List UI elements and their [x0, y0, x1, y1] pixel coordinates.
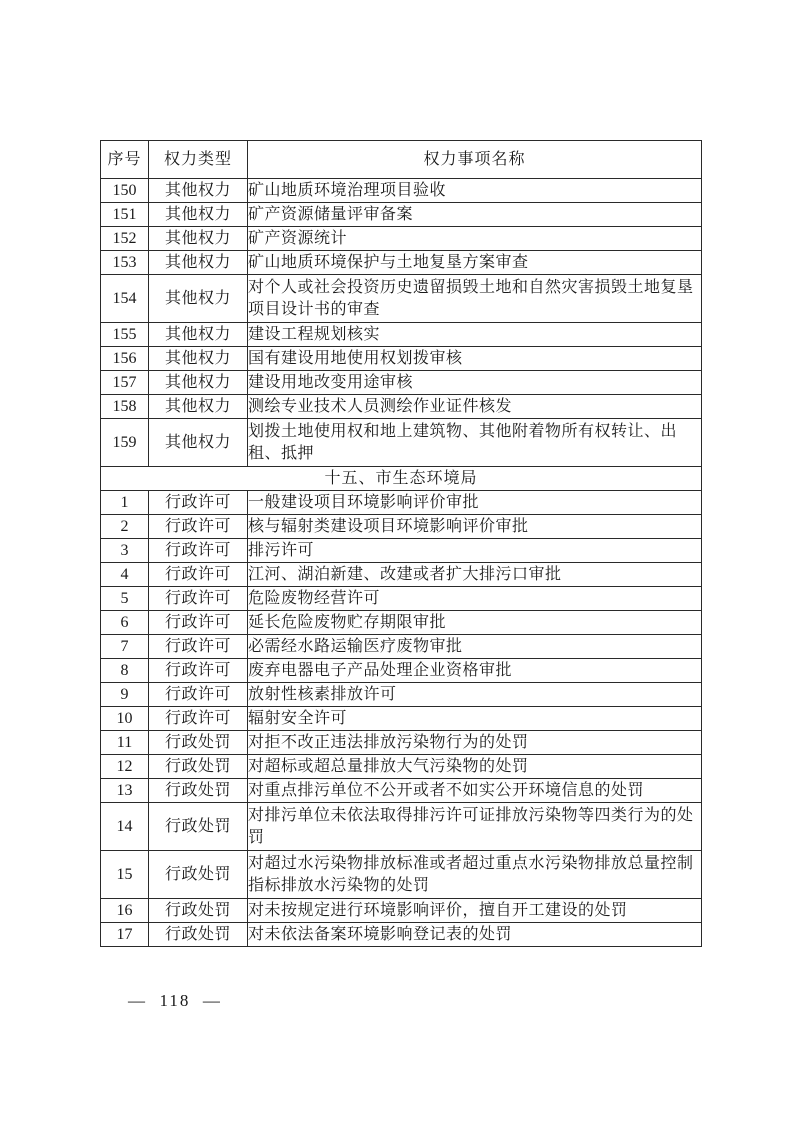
cell-power-item-name: 对未依法备案环境影响登记表的处罚: [248, 923, 702, 947]
cell-serial-number: 3: [101, 539, 149, 563]
cell-serial-number: 15: [101, 851, 149, 899]
table-row: 150其他权力矿山地质环境治理项目验收: [101, 179, 702, 203]
cell-serial-number: 4: [101, 563, 149, 587]
cell-serial-number: 158: [101, 395, 149, 419]
section-title: 十五、市生态环境局: [101, 467, 702, 491]
table-row: 15行政处罚对超过水污染物排放标准或者超过重点水污染物排放总量控制指标排放水污染…: [101, 851, 702, 899]
cell-power-type: 其他权力: [149, 179, 248, 203]
cell-power-item-name: 必需经水路运输医疗废物审批: [248, 635, 702, 659]
cell-power-item-name: 危险废物经营许可: [248, 587, 702, 611]
cell-serial-number: 156: [101, 347, 149, 371]
table-row: 1行政许可一般建设项目环境影响评价审批: [101, 491, 702, 515]
cell-power-type: 行政许可: [149, 563, 248, 587]
cell-power-type: 其他权力: [149, 371, 248, 395]
table-row: 8行政许可废弃电器电子产品处理企业资格审批: [101, 659, 702, 683]
table-row: 159其他权力划拨土地使用权和地上建筑物、其他附着物所有权转让、出租、抵押: [101, 419, 702, 467]
cell-power-item-name: 江河、湖泊新建、改建或者扩大排污口审批: [248, 563, 702, 587]
cell-serial-number: 152: [101, 227, 149, 251]
cell-power-item-name: 对超过水污染物排放标准或者超过重点水污染物排放总量控制指标排放水污染物的处罚: [248, 851, 702, 899]
cell-serial-number: 151: [101, 203, 149, 227]
cell-power-item-name: 废弃电器电子产品处理企业资格审批: [248, 659, 702, 683]
cell-power-item-name: 对重点排污单位不公开或者不如实公开环境信息的处罚: [248, 779, 702, 803]
cell-power-type: 其他权力: [149, 275, 248, 323]
cell-power-type: 行政处罚: [149, 803, 248, 851]
cell-serial-number: 10: [101, 707, 149, 731]
cell-power-item-name: 国有建设用地使用权划拨审核: [248, 347, 702, 371]
cell-power-item-name: 辐射安全许可: [248, 707, 702, 731]
cell-power-item-name: 放射性核素排放许可: [248, 683, 702, 707]
cell-serial-number: 9: [101, 683, 149, 707]
cell-serial-number: 2: [101, 515, 149, 539]
cell-power-type: 其他权力: [149, 419, 248, 467]
table-row: 17行政处罚对未依法备案环境影响登记表的处罚: [101, 923, 702, 947]
cell-power-type: 行政处罚: [149, 899, 248, 923]
cell-power-type: 行政处罚: [149, 779, 248, 803]
cell-serial-number: 11: [101, 731, 149, 755]
cell-power-type: 其他权力: [149, 227, 248, 251]
cell-power-type: 其他权力: [149, 323, 248, 347]
table-row: 154其他权力对个人或社会投资历史遗留损毁土地和自然灾害损毁土地复垦项目设计书的…: [101, 275, 702, 323]
cell-power-type: 行政处罚: [149, 851, 248, 899]
table-row: 2行政许可核与辐射类建设项目环境影响评价审批: [101, 515, 702, 539]
cell-serial-number: 14: [101, 803, 149, 851]
cell-serial-number: 12: [101, 755, 149, 779]
table-header-row: 序号 权力类型 权力事项名称: [101, 141, 702, 179]
cell-power-item-name: 对个人或社会投资历史遗留损毁土地和自然灾害损毁土地复垦项目设计书的审查: [248, 275, 702, 323]
cell-power-item-name: 建设用地改变用途审核: [248, 371, 702, 395]
cell-power-type: 行政处罚: [149, 923, 248, 947]
cell-power-type: 行政许可: [149, 611, 248, 635]
table-row: 9行政许可放射性核素排放许可: [101, 683, 702, 707]
cell-power-item-name: 延长危险废物贮存期限审批: [248, 611, 702, 635]
cell-power-item-name: 测绘专业技术人员测绘作业证件核发: [248, 395, 702, 419]
cell-power-item-name: 对未按规定进行环境影响评价，擅自开工建设的处罚: [248, 899, 702, 923]
cell-serial-number: 154: [101, 275, 149, 323]
table-header: 序号 权力类型 权力事项名称: [101, 141, 702, 179]
header-power-item-name: 权力事项名称: [248, 141, 702, 179]
cell-power-type: 行政许可: [149, 659, 248, 683]
table-row: 152其他权力矿产资源统计: [101, 227, 702, 251]
cell-power-item-name: 矿产资源储量评审备案: [248, 203, 702, 227]
cell-power-type: 其他权力: [149, 251, 248, 275]
cell-serial-number: 159: [101, 419, 149, 467]
power-items-table: 序号 权力类型 权力事项名称 150其他权力矿山地质环境治理项目验收151其他权…: [100, 140, 702, 947]
cell-power-type: 行政许可: [149, 635, 248, 659]
cell-power-type: 行政许可: [149, 587, 248, 611]
cell-serial-number: 5: [101, 587, 149, 611]
table-body: 150其他权力矿山地质环境治理项目验收151其他权力矿产资源储量评审备案152其…: [101, 179, 702, 947]
cell-power-item-name: 一般建设项目环境影响评价审批: [248, 491, 702, 515]
cell-power-item-name: 建设工程规划核实: [248, 323, 702, 347]
table-row: 6行政许可延长危险废物贮存期限审批: [101, 611, 702, 635]
table-row: 157其他权力建设用地改变用途审核: [101, 371, 702, 395]
cell-power-type: 行政处罚: [149, 755, 248, 779]
cell-power-item-name: 矿产资源统计: [248, 227, 702, 251]
cell-power-type: 行政许可: [149, 707, 248, 731]
table-row: 7行政许可必需经水路运输医疗废物审批: [101, 635, 702, 659]
cell-power-item-name: 核与辐射类建设项目环境影响评价审批: [248, 515, 702, 539]
table-row: 16行政处罚对未按规定进行环境影响评价，擅自开工建设的处罚: [101, 899, 702, 923]
cell-power-type: 行政许可: [149, 491, 248, 515]
cell-power-type: 其他权力: [149, 203, 248, 227]
cell-power-item-name: 对超标或超总量排放大气污染物的处罚: [248, 755, 702, 779]
cell-power-item-name: 矿山地质环境保护与土地复垦方案审查: [248, 251, 702, 275]
cell-power-item-name: 对排污单位未依法取得排污许可证排放污染物等四类行为的处罚: [248, 803, 702, 851]
table-row: 13行政处罚对重点排污单位不公开或者不如实公开环境信息的处罚: [101, 779, 702, 803]
document-page: 序号 权力类型 权力事项名称 150其他权力矿山地质环境治理项目验收151其他权…: [0, 0, 793, 1122]
cell-power-type: 行政许可: [149, 539, 248, 563]
section-header-row: 十五、市生态环境局: [101, 467, 702, 491]
cell-power-type: 行政许可: [149, 683, 248, 707]
header-serial-number: 序号: [101, 141, 149, 179]
cell-serial-number: 153: [101, 251, 149, 275]
page-number: — 118 —: [128, 991, 222, 1011]
table-row: 10行政许可辐射安全许可: [101, 707, 702, 731]
cell-power-item-name: 排污许可: [248, 539, 702, 563]
cell-serial-number: 157: [101, 371, 149, 395]
cell-power-item-name: 划拨土地使用权和地上建筑物、其他附着物所有权转让、出租、抵押: [248, 419, 702, 467]
table-row: 153其他权力矿山地质环境保护与土地复垦方案审查: [101, 251, 702, 275]
cell-serial-number: 17: [101, 923, 149, 947]
cell-power-item-name: 矿山地质环境治理项目验收: [248, 179, 702, 203]
cell-serial-number: 8: [101, 659, 149, 683]
cell-power-type: 其他权力: [149, 347, 248, 371]
cell-serial-number: 16: [101, 899, 149, 923]
cell-power-type: 行政处罚: [149, 731, 248, 755]
cell-serial-number: 7: [101, 635, 149, 659]
table-row: 151其他权力矿产资源储量评审备案: [101, 203, 702, 227]
cell-serial-number: 6: [101, 611, 149, 635]
table-row: 5行政许可危险废物经营许可: [101, 587, 702, 611]
table-row: 156其他权力国有建设用地使用权划拨审核: [101, 347, 702, 371]
table-row: 12行政处罚对超标或超总量排放大气污染物的处罚: [101, 755, 702, 779]
cell-power-type: 其他权力: [149, 395, 248, 419]
cell-serial-number: 155: [101, 323, 149, 347]
cell-serial-number: 13: [101, 779, 149, 803]
table-row: 158其他权力测绘专业技术人员测绘作业证件核发: [101, 395, 702, 419]
cell-serial-number: 1: [101, 491, 149, 515]
table-row: 155其他权力建设工程规划核实: [101, 323, 702, 347]
table-row: 3行政许可排污许可: [101, 539, 702, 563]
table-row: 11行政处罚对拒不改正违法排放污染物行为的处罚: [101, 731, 702, 755]
cell-serial-number: 150: [101, 179, 149, 203]
header-power-type: 权力类型: [149, 141, 248, 179]
cell-power-type: 行政许可: [149, 515, 248, 539]
table-row: 14行政处罚对排污单位未依法取得排污许可证排放污染物等四类行为的处罚: [101, 803, 702, 851]
table-row: 4行政许可江河、湖泊新建、改建或者扩大排污口审批: [101, 563, 702, 587]
cell-power-item-name: 对拒不改正违法排放污染物行为的处罚: [248, 731, 702, 755]
